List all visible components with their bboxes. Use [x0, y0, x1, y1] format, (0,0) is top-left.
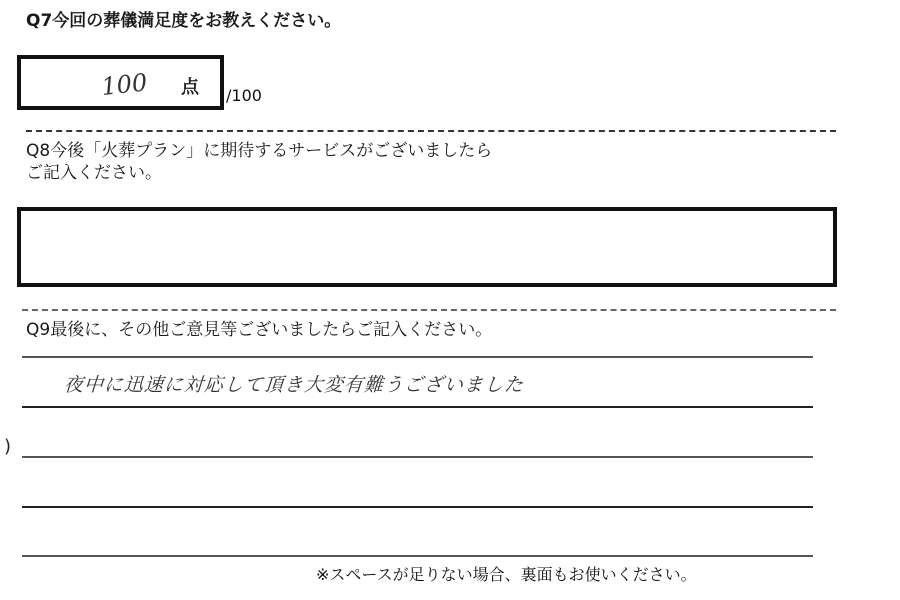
q7-max-score: /100	[226, 86, 262, 105]
q8-answer-box[interactable]	[17, 207, 837, 287]
section-divider	[22, 309, 836, 311]
footnote: ※スペースが足りない場合、裏面もお使いください。	[316, 562, 697, 585]
q9-ruled-line	[22, 506, 813, 508]
q7-score-unit: 点	[181, 73, 199, 99]
q9-answer-line-1[interactable]: 夜中に迅速に対応して頂き大変有難うございました	[63, 370, 525, 397]
q9-ruled-line	[22, 406, 813, 408]
q9-label: Q9最後に、その他ご意見等ございましたらご記入ください。	[26, 315, 492, 340]
section-divider	[26, 130, 836, 132]
q7-label: Q7今回の葬儀満足度をお教えください。	[26, 6, 341, 31]
q9-ruled-line	[22, 555, 813, 557]
q7-score-handwritten: 100	[100, 68, 148, 101]
q8-label-line2: ご記入ください。	[26, 158, 162, 183]
scan-edge-mark: )	[4, 436, 11, 457]
q9-ruled-line	[22, 356, 813, 358]
q9-ruled-line	[22, 456, 813, 458]
q7-score-box[interactable]: 100 点	[17, 55, 224, 110]
